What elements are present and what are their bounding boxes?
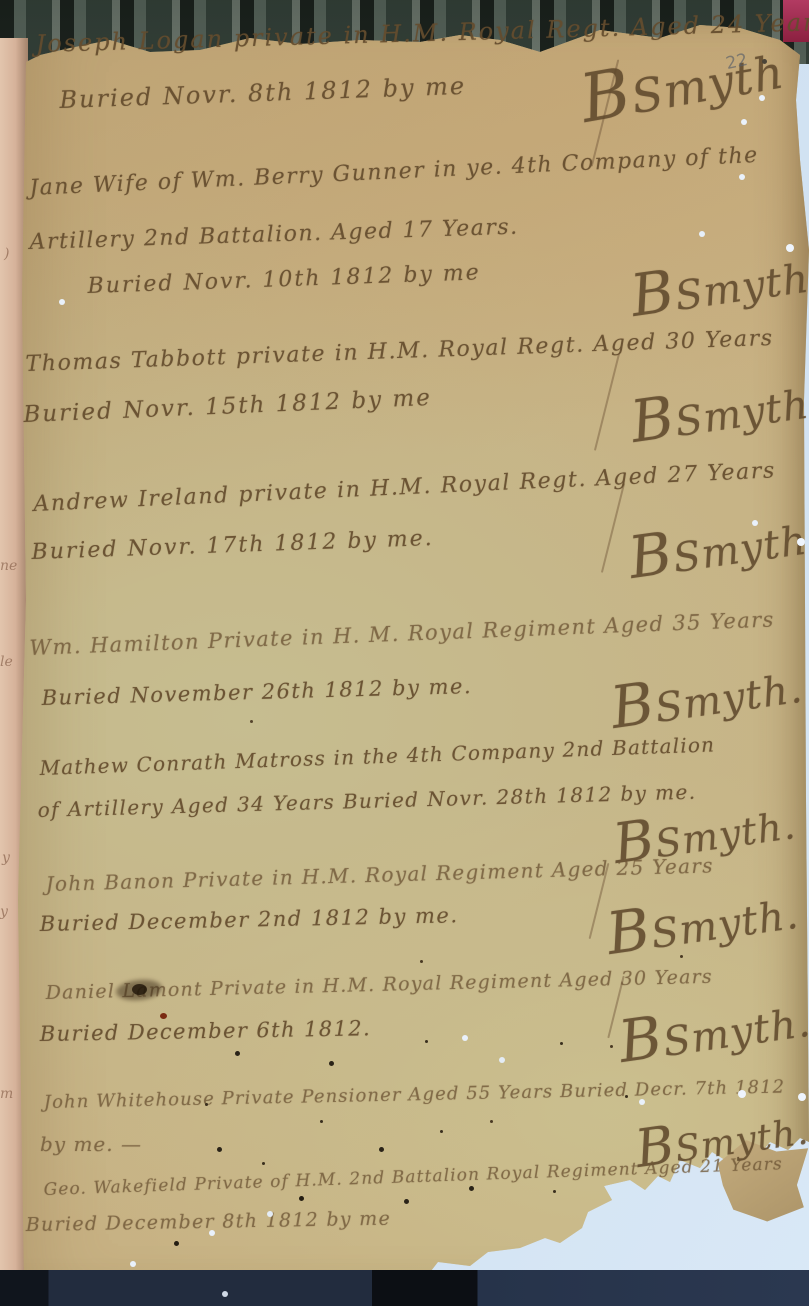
margin-fragment: y — [0, 904, 8, 920]
margin-fragment: ne — [0, 558, 17, 574]
red-wax-dot — [160, 1013, 167, 1019]
bottom-band — [0, 1270, 809, 1306]
ink-blot-core — [132, 984, 147, 995]
manuscript-photo: Joseph Logan private in H.M. Royal Regt.… — [0, 0, 809, 1306]
record-line: by me. — — [40, 1132, 142, 1156]
margin-fragment: y — [2, 850, 10, 866]
margin-fragment: m — [0, 1086, 13, 1102]
margin-fragment: le — [0, 654, 13, 670]
margin-fragment: ) — [4, 246, 9, 262]
ink-specks — [0, 0, 3, 3]
